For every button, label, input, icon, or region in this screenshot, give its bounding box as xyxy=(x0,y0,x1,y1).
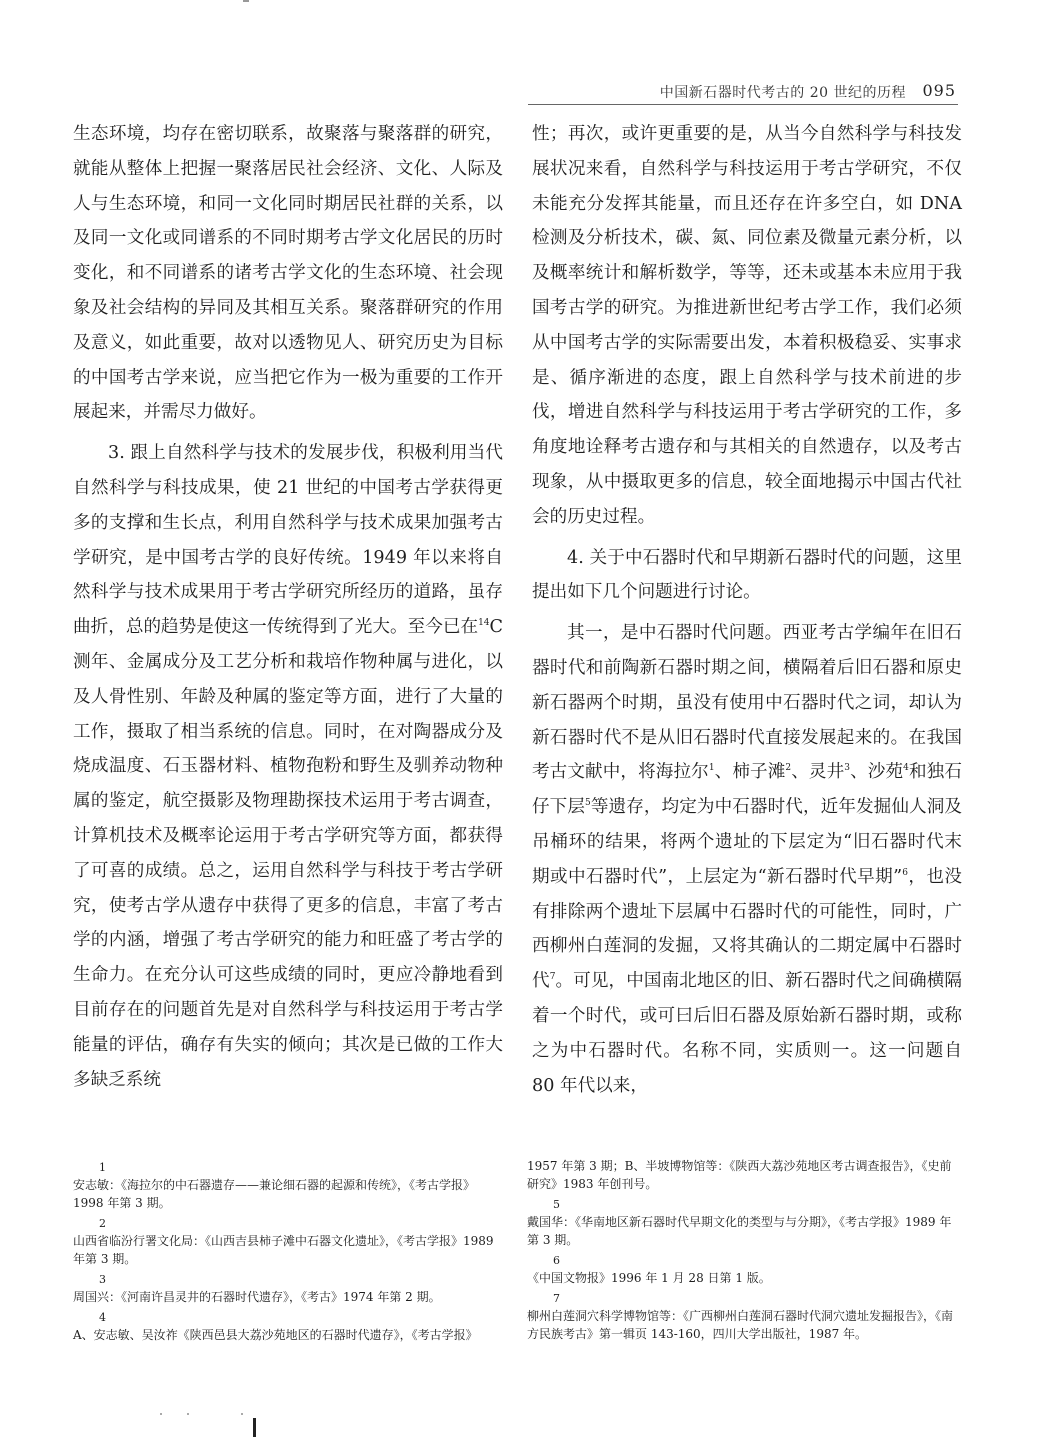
paragraph-mesolithic: 其一，是中石器时代问题。西亚考古学编年在旧石器时代和前陶新石器时期之间，横隔着后… xyxy=(532,616,962,1103)
paragraph-section-4: 4. 关于中石器时代和早期新石器时代的问题，这里提出如下几个问题进行讨论。 xyxy=(532,541,962,611)
paragraph-section-3: 3. 跟上自然科学与技术的发展步伐，积极利用当代自然科学与科技成果，使 21 世… xyxy=(73,436,503,1097)
scan-artifact-dot xyxy=(160,1413,162,1415)
footnote-3: 3 周国兴：《河南许昌灵井的石器时代遗存》，《考古》1974 年第 2 期。 xyxy=(73,1272,503,1306)
left-column: 生态环境，均存在密切联系，故聚落与聚落群的研究，就能从整体上把握一聚落居民社会经… xyxy=(73,117,503,1097)
paragraph-text: C 测年、金属成分及工艺分析和栽培作物种属与进化，以及人骨性别、年龄及种属的鉴定… xyxy=(73,617,503,1089)
page-number: 095 xyxy=(922,81,956,100)
paragraph-text: 、灵井 xyxy=(791,762,844,782)
footnote-text: A、安志敏、吴汝祚《陕西邑县大荔沙苑地区的石器时代遗存》，《考古学报》 xyxy=(73,1326,503,1344)
footnote-text: 戴国华：《华南地区新石器时代早期文化的类型与与分期》，《考古学报》1989 年第… xyxy=(527,1213,957,1249)
right-column: 性；再次，或许更重要的是，从当今自然科学与科技发展状况来看，自然科学与科技运用于… xyxy=(532,117,962,1103)
paragraph-text: 。可见，中国南北地区的旧、新石器时代之间确横隔着一个时代，或可曰后旧石器及原始新… xyxy=(532,971,962,1095)
footnote-2: 2 山西省临汾行署文化局：《山西吉县柿子滩中石器文化遗址》，《考古学报》1989… xyxy=(73,1216,503,1268)
footnote-4-continued: 1957 年第 3 期；B、半坡博物馆等：《陕西大荔沙苑地区考古调查报告》，《史… xyxy=(527,1157,957,1193)
footnote-number: 7 xyxy=(527,1291,957,1307)
footnote-text: 柳州白莲洞穴科学博物馆等：《广西柳州白莲洞石器时代洞穴遗址发掘报告》，《南方民族… xyxy=(527,1307,957,1343)
footnotes-right: 1957 年第 3 期；B、半坡博物馆等：《陕西大荔沙苑地区考古调查报告》，《史… xyxy=(527,1157,957,1347)
footnote-number: 2 xyxy=(73,1216,503,1232)
footnote-7: 7 柳州白莲洞穴科学博物馆等：《广西柳州白莲洞石器时代洞穴遗址发掘报告》，《南方… xyxy=(527,1291,957,1343)
footnote-text: 周国兴：《河南许昌灵井的石器时代遗存》，《考古》1974 年第 2 期。 xyxy=(73,1288,503,1306)
footnote-text: 1957 年第 3 期；B、半坡博物馆等：《陕西大荔沙苑地区考古调查报告》，《史… xyxy=(527,1157,957,1193)
paragraph-text: 其一，是中石器时代问题。西亚考古学编年在旧石器时代和前陶新石器时期之间，横隔着后… xyxy=(532,623,962,782)
scan-artifact-dot xyxy=(241,1413,243,1415)
footnote-number: 3 xyxy=(73,1272,503,1288)
footnote-4: 4 A、安志敏、吴汝祚《陕西邑县大荔沙苑地区的石器时代遗存》，《考古学报》 xyxy=(73,1310,503,1344)
scan-artifact-dot xyxy=(187,1413,189,1415)
paragraph-text: 、柿子滩 xyxy=(715,762,786,782)
footnote-number: 4 xyxy=(73,1310,503,1326)
footnote-text: 山西省临汾行署文化局：《山西吉县柿子滩中石器文化遗址》，《考古学报》1989 年… xyxy=(73,1232,503,1268)
scan-artifact-top xyxy=(243,0,249,2)
footnote-1: 1 安志敏：《海拉尔的中石器遗存——兼论细石器的起源和传统》，《考古学报》199… xyxy=(73,1160,503,1212)
paragraph-settlement: 生态环境，均存在密切联系，故聚落与聚落群的研究，就能从整体上把握一聚落居民社会经… xyxy=(73,117,503,430)
footnote-number: 1 xyxy=(73,1160,503,1176)
scan-artifact-bar xyxy=(253,1418,256,1437)
footnote-6: 6 《中国文物报》1996 年 1 月 28 日第 1 版。 xyxy=(527,1253,957,1287)
footnote-number: 6 xyxy=(527,1253,957,1269)
footnote-number: 5 xyxy=(527,1197,957,1213)
paragraph-continued: 性；再次，或许更重要的是，从当今自然科学与科技发展状况来看，自然科学与科技运用于… xyxy=(532,117,962,535)
footnotes-left: 1 安志敏：《海拉尔的中石器遗存——兼论细石器的起源和传统》，《考古学报》199… xyxy=(73,1160,503,1348)
paragraph-text: 等遗存，均定为中石器时代，近年发掘仙人洞及吊桶环的结果，将两个遗址的下层定为“旧… xyxy=(532,797,962,887)
footnote-5: 5 戴国华：《华南地区新石器时代早期文化的类型与与分期》，《考古学报》1989 … xyxy=(527,1197,957,1249)
running-header: 中国新石器时代考古的 20 世纪的历程 095 xyxy=(528,80,958,105)
footnote-text: 《中国文物报》1996 年 1 月 28 日第 1 版。 xyxy=(527,1269,957,1287)
footnote-text: 安志敏：《海拉尔的中石器遗存——兼论细石器的起源和传统》，《考古学报》1998 … xyxy=(73,1176,503,1212)
isotope-superscript: 14 xyxy=(478,618,489,628)
paragraph-text: 3. 跟上自然科学与技术的发展步伐，积极利用当代自然科学与科技成果，使 21 世… xyxy=(73,443,503,637)
running-title: 中国新石器时代考古的 20 世纪的历程 xyxy=(660,82,906,102)
paragraph-text: 、沙苑 xyxy=(850,762,903,782)
